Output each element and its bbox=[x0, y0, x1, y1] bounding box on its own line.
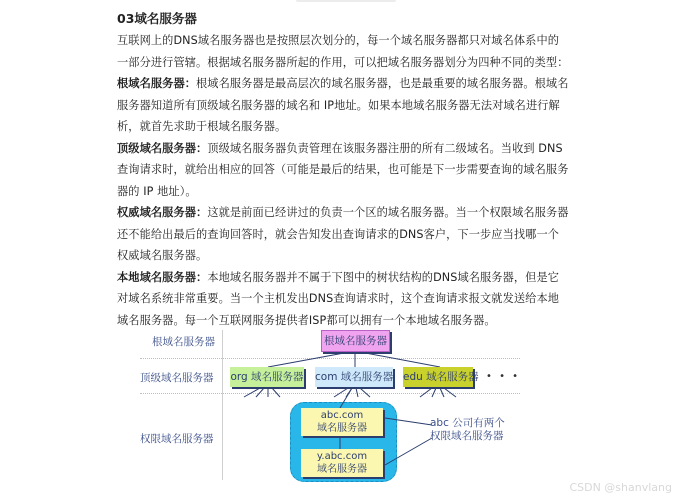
text-line: 这就是前面已经讲过的负责一个区的域名服务器。当一个权限域名服务器 bbox=[207, 206, 568, 219]
text-line: 顶级域名服务器负责管理在该服务器注册的所有二级域名。当收到 DNS bbox=[207, 142, 562, 155]
text-line: 服务器知道所有顶级域名服务器的域名和 IP地址。如果本地域名服务器无法对域名进行… bbox=[117, 99, 560, 112]
text-line: 对域名系统非常重要。当一个主机发出DNS查询请求时，这个查询请求报文就发送给本地 bbox=[117, 292, 559, 305]
dns-hierarchy-diagram: 根域名服务器 顶级域名服务器 权限域名服务器 根域名服务器 org 域名服务器 … bbox=[140, 325, 540, 485]
term-label: 根域名服务器： bbox=[117, 77, 196, 90]
text-line: 查询请求时，就给出相应的回答（可能是最后的结果，也可能是下一步需要查询的域名服务 bbox=[117, 163, 569, 176]
root-server-paragraph: 根域名服务器：根域名服务器是最高层次的域名服务器，也是最重要的域名服务器。根域名… bbox=[117, 73, 587, 138]
tld-server-paragraph: 顶级域名服务器：顶级域名服务器负责管理在该服务器注册的所有二级域名。当收到 DN… bbox=[117, 138, 587, 203]
annotation-note: abc 公司有两个 权限域名服务器 bbox=[430, 417, 505, 443]
term-label: 权威域名服务器： bbox=[117, 206, 207, 219]
section-heading: 03域名服务器 bbox=[117, 8, 587, 30]
box-line: y.abc.com bbox=[317, 451, 367, 462]
box-line: 域名服务器 bbox=[317, 464, 367, 475]
text-line: 根域名服务器是最高层次的域名服务器，也是最重要的域名服务器。根域名 bbox=[196, 77, 569, 90]
article-body: 03域名服务器 互联网上的DNS域名服务器也是按照层次划分的，每一个域名服务器都… bbox=[117, 8, 587, 331]
box-line: 域名服务器 bbox=[317, 423, 367, 434]
box-line: abc.com bbox=[321, 410, 364, 421]
abc-com-server-box: abc.com 域名服务器 bbox=[301, 408, 383, 436]
y-abc-com-server-box: y.abc.com 域名服务器 bbox=[301, 449, 383, 477]
text-line: 权威域名服务器。 bbox=[117, 249, 207, 262]
cropped-title bbox=[296, 0, 396, 2]
text-line: 还不能给出最后的查询回答时，就会告知发出查询请求的DNS客户，下一步应当找哪一个 bbox=[117, 228, 559, 241]
note-line: abc 公司有两个 bbox=[430, 417, 505, 429]
text-line: 析，就首先求助于根域名服务器。 bbox=[117, 120, 286, 133]
note-line: 权限域名服务器 bbox=[430, 430, 504, 442]
authoritative-server-paragraph: 权威域名服务器：这就是前面已经讲过的负责一个区的域名服务器。当一个权限域名服务器… bbox=[117, 202, 587, 267]
watermark: CSDN @shanvlang bbox=[569, 481, 672, 494]
intro-paragraph: 互联网上的DNS域名服务器也是按照层次划分的，每一个域名服务器都只对域名体系中的… bbox=[117, 30, 587, 73]
term-label: 顶级域名服务器： bbox=[117, 142, 207, 155]
intro-line: 互联网上的DNS域名服务器也是按照层次划分的，每一个域名服务器都只对域名体系中的 bbox=[117, 34, 559, 47]
term-label: 本地域名服务器： bbox=[117, 271, 207, 284]
local-server-paragraph: 本地域名服务器：本地域名服务器并不属于下图中的树状结构的DNS域名服务器，但是它… bbox=[117, 267, 587, 332]
intro-line: 一部分进行管辖。根据域名服务器所起的作用，可以把域名服务器划分为四种不同的类型： bbox=[117, 56, 569, 69]
text-line: 本地域名服务器并不属于下图中的树状结构的DNS域名服务器，但是它 bbox=[207, 271, 559, 284]
text-line: 器的 IP 地址）。 bbox=[117, 185, 197, 198]
